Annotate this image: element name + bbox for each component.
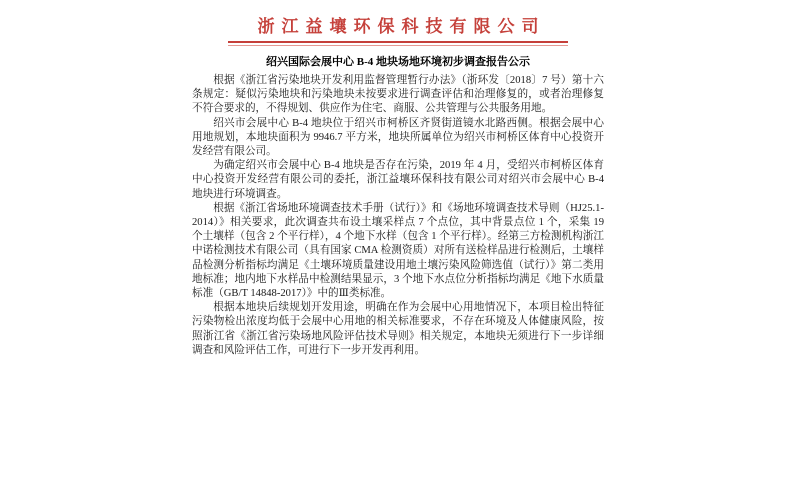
- report-paragraph: 根据《浙江省污染地块开发利用监督管理暂行办法》（浙环发〔2018〕7 号）第十六…: [192, 74, 604, 117]
- report-body: 根据《浙江省污染地块开发利用监督管理暂行办法》（浙环发〔2018〕7 号）第十六…: [192, 74, 604, 358]
- report-paragraph: 根据《浙江省场地环境调查技术手册（试行）》和《场地环境调查技术导则（HJ25.1…: [192, 202, 604, 301]
- report-paragraph: 根据本地块后续规划开发用途，明确在作为会展中心用地情况下，本项目检出特征污染物检…: [192, 301, 604, 358]
- letterhead-divider: [228, 41, 568, 46]
- report-paragraph: 绍兴市会展中心 B-4 地块位于绍兴市柯桥区齐贤街道镜水北路西侧。根据会展中心用…: [192, 117, 604, 160]
- report-title: 绍兴国际会展中心 B-4 地块场地环境初步调查报告公示: [192, 53, 604, 69]
- report-paragraph: 为确定绍兴市会展中心 B-4 地块是否存在污染，2019 年 4 月，受绍兴市柯…: [192, 159, 604, 202]
- document-page: 浙江益壤环保科技有限公司 绍兴国际会展中心 B-4 地块场地环境初步调查报告公示…: [0, 0, 800, 500]
- company-letterhead-title: 浙江益壤环保科技有限公司: [192, 12, 604, 37]
- report-document: 浙江益壤环保科技有限公司 绍兴国际会展中心 B-4 地块场地环境初步调查报告公示…: [192, 12, 604, 358]
